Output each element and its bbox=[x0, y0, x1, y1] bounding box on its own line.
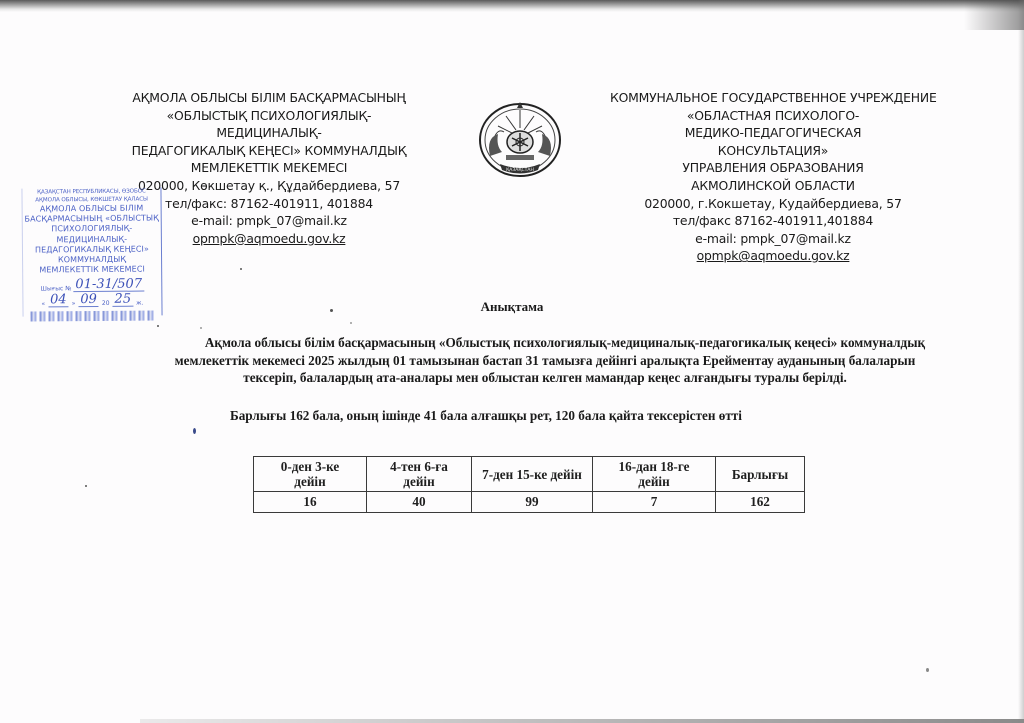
scan-speck bbox=[330, 309, 333, 312]
letterhead-line: «ОБЛЫСТЫҚ ПСИХОЛОГИЯЛЫҚ- bbox=[128, 107, 410, 125]
table-cell: 7 bbox=[593, 492, 716, 513]
table-header-cell: 0-ден 3-кедейін bbox=[254, 457, 367, 492]
svg-text:ҚАЗАҚСТАН: ҚАЗАҚСТАН bbox=[506, 167, 534, 173]
stamp-line: ПЕДАГОГИКАЛЫҚ КЕҢЕСІ» bbox=[23, 244, 161, 255]
registration-stamp: ҚАЗАҚСТАН РЕСПУБЛИКАСЫ, ӨЗОБОС АҚМОЛА ОБ… bbox=[21, 187, 162, 316]
letterhead-line: УПРАВЛЕНИЯ ОБРАЗОВАНИЯ bbox=[610, 159, 936, 177]
stamp-line: БАСҚАРМАСЫНЫҢ «ОБЛЫСТЫҚ bbox=[23, 214, 161, 225]
scan-speck bbox=[85, 485, 87, 487]
body-line: тексеріп, балалардың ата-аналары мен обл… bbox=[150, 369, 940, 387]
scan-shadow-corner bbox=[964, 0, 1024, 30]
scan-speck bbox=[157, 325, 159, 327]
scan-speck bbox=[200, 327, 202, 329]
stamp-line: МЕМЛЕКЕТТІК МЕКЕМЕСІ bbox=[23, 265, 161, 276]
letterhead-phone: тел/факс: 87162-401911, 401884 bbox=[128, 195, 410, 213]
age-group-table: 0-ден 3-кедейін 4-тен 6-ғадейін 7-ден 15… bbox=[253, 456, 805, 513]
letterhead-line: МЕДИЦИНАЛЫҚ- bbox=[128, 124, 410, 142]
scan-edge-bottom bbox=[140, 719, 1024, 723]
table-cell: 16 bbox=[254, 492, 367, 513]
letterhead-russian: КОММУНАЛЬНОЕ ГОСУДАРСТВЕННОЕ УЧРЕЖДЕНИЕ … bbox=[610, 89, 936, 265]
scan-speck bbox=[926, 668, 929, 672]
state-emblem-icon: ҚАЗАҚСТАН bbox=[476, 98, 564, 180]
letterhead-line: ПЕДАГОГИКАЛЫҚ КЕҢЕСІ» КОММУНАЛДЫҚ bbox=[128, 142, 410, 160]
body-line: мемлекеттік мекемесі 2025 жылдың 01 тамы… bbox=[150, 352, 940, 370]
stamp-registration-row: Шығыс № 01-31/507 bbox=[23, 278, 161, 293]
letterhead-address: 020000, г.Кокшетау, Кудайбердиева, 57 bbox=[610, 195, 936, 213]
table-header-cell: Барлығы bbox=[716, 457, 805, 492]
scan-speck bbox=[193, 428, 196, 434]
stamp-reg-number: 01-31/507 bbox=[73, 278, 144, 293]
document-body: Ақмола облысы білім басқармасының «Облыс… bbox=[150, 334, 940, 387]
letterhead-email-link[interactable]: opmpk@aqmoedu.gov.kz bbox=[128, 230, 410, 248]
table-header-cell: 7-ден 15-ке дейін bbox=[472, 457, 593, 492]
scan-edge-top bbox=[0, 0, 1024, 12]
table-cell: 162 bbox=[716, 492, 805, 513]
letterhead-line: КОНСУЛЬТАЦИЯ» bbox=[610, 142, 936, 160]
table-cell: 40 bbox=[367, 492, 472, 513]
table-row: 16 40 99 7 162 bbox=[254, 492, 805, 513]
document-summary: Барлығы 162 бала, оның ішінде 41 бала ал… bbox=[230, 408, 742, 424]
letterhead-email-link[interactable]: opmpk@aqmoedu.gov.kz bbox=[610, 247, 936, 265]
letterhead-line: «ОБЛАСТНАЯ ПСИХОЛОГО- bbox=[610, 107, 936, 125]
letterhead-line: МЕМЛЕКЕТТІК МЕКЕМЕСІ bbox=[128, 159, 410, 177]
table-header-cell: 4-тен 6-ғадейін bbox=[367, 457, 472, 492]
document-title: Анықтама bbox=[0, 299, 1024, 315]
letterhead-phone: тел/факс 87162-401911,401884 bbox=[610, 212, 936, 230]
letterhead-address: 020000, Көкшетау қ., Құдайбердиева, 57 bbox=[128, 177, 410, 195]
body-line: Ақмола облысы білім басқармасының «Облыс… bbox=[150, 334, 940, 352]
letterhead-email: e-mail: pmpk_07@mail.kz bbox=[128, 212, 410, 230]
letterhead-line: АҚМОЛА ОБЛЫСЫ БІЛІМ БАСҚАРМАСЫНЫҢ bbox=[128, 89, 410, 107]
letterhead-line: АКМОЛИНСКОЙ ОБЛАСТИ bbox=[610, 177, 936, 195]
scan-speck bbox=[240, 268, 242, 270]
scan-speck bbox=[350, 322, 352, 324]
letterhead-kazakh: АҚМОЛА ОБЛЫСЫ БІЛІМ БАСҚАРМАСЫНЫҢ «ОБЛЫС… bbox=[128, 89, 410, 247]
table-header-row: 0-ден 3-кедейін 4-тен 6-ғадейін 7-ден 15… bbox=[254, 457, 805, 492]
scan-edge-right bbox=[1018, 0, 1024, 723]
letterhead-line: КОММУНАЛЬНОЕ ГОСУДАРСТВЕННОЕ УЧРЕЖДЕНИЕ bbox=[610, 89, 936, 107]
table-cell: 99 bbox=[472, 492, 593, 513]
letterhead-email: e-mail: pmpk_07@mail.kz bbox=[610, 230, 936, 248]
letterhead-line: МЕДИКО-ПЕДАГОГИЧЕСКАЯ bbox=[610, 124, 936, 142]
table-header-cell: 16-дан 18-гедейін bbox=[593, 457, 716, 492]
